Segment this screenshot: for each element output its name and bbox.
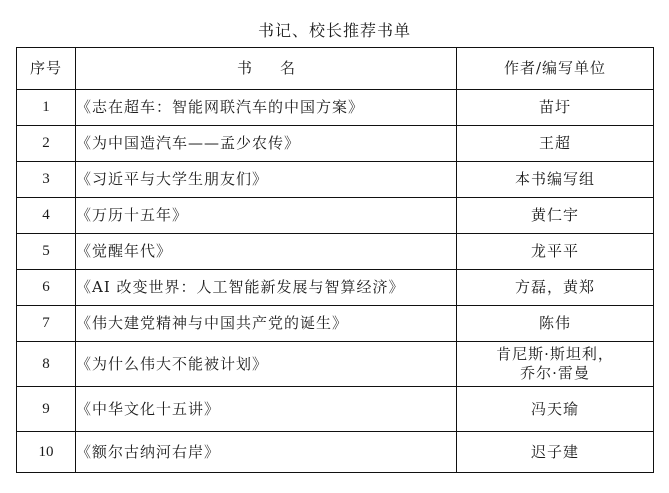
book-author: 黄仁宇: [457, 198, 654, 234]
table-header-row: 序号 书名 作者/编写单位: [17, 48, 654, 90]
book-author: 肯尼斯·斯坦利， 乔尔·雷曼: [457, 342, 654, 387]
row-number: 3: [17, 162, 76, 198]
book-author: 本书编写组: [457, 162, 654, 198]
book-author: 陈伟: [457, 306, 654, 342]
book-title: 《为什么伟大不能被计划》: [76, 342, 457, 387]
recommended-books-table: 序号 书名 作者/编写单位 1 《志在超车：智能网联汽车的中国方案》 苗圩 2 …: [16, 47, 654, 473]
table-row: 8 《为什么伟大不能被计划》 肯尼斯·斯坦利， 乔尔·雷曼: [17, 342, 654, 387]
book-title: 《习近平与大学生朋友们》: [76, 162, 457, 198]
book-author: 迟子建: [457, 432, 654, 473]
book-title: 《AI 改变世界：人工智能新发展与智算经济》: [76, 270, 457, 306]
row-number: 6: [17, 270, 76, 306]
book-author: 苗圩: [457, 90, 654, 126]
header-number: 序号: [17, 48, 76, 90]
book-title: 《觉醒年代》: [76, 234, 457, 270]
table-row: 7 《伟大建党精神与中国共产党的诞生》 陈伟: [17, 306, 654, 342]
table-row: 5 《觉醒年代》 龙平平: [17, 234, 654, 270]
book-author-line-1: 肯尼斯·斯坦利，: [457, 345, 653, 364]
header-title-part1: 书: [237, 59, 252, 77]
table-row: 1 《志在超车：智能网联汽车的中国方案》 苗圩: [17, 90, 654, 126]
row-number: 10: [17, 432, 76, 473]
book-title: 《为中国造汽车——孟少农传》: [76, 126, 457, 162]
table-row: 10 《额尔古纳河右岸》 迟子建: [17, 432, 654, 473]
book-title: 《志在超车：智能网联汽车的中国方案》: [76, 90, 457, 126]
table-row: 6 《AI 改变世界：人工智能新发展与智算经济》 方磊，黄郑: [17, 270, 654, 306]
table-row: 2 《为中国造汽车——孟少农传》 王超: [17, 126, 654, 162]
header-title-part2: 名: [280, 59, 295, 77]
document-title: 书记、校长推荐书单: [0, 20, 669, 42]
book-author: 王超: [457, 126, 654, 162]
row-number: 5: [17, 234, 76, 270]
book-title: 《万历十五年》: [76, 198, 457, 234]
table-row: 3 《习近平与大学生朋友们》 本书编写组: [17, 162, 654, 198]
book-author: 冯天瑜: [457, 387, 654, 432]
book-author: 方磊，黄郑: [457, 270, 654, 306]
row-number: 8: [17, 342, 76, 387]
table-row: 9 《中华文化十五讲》 冯天瑜: [17, 387, 654, 432]
header-author: 作者/编写单位: [457, 48, 654, 90]
row-number: 4: [17, 198, 76, 234]
row-number: 7: [17, 306, 76, 342]
header-title: 书名: [76, 48, 457, 90]
row-number: 2: [17, 126, 76, 162]
table-row: 4 《万历十五年》 黄仁宇: [17, 198, 654, 234]
book-title: 《额尔古纳河右岸》: [76, 432, 457, 473]
book-title: 《中华文化十五讲》: [76, 387, 457, 432]
book-author: 龙平平: [457, 234, 654, 270]
row-number: 1: [17, 90, 76, 126]
book-author-line-2: 乔尔·雷曼: [457, 364, 653, 383]
row-number: 9: [17, 387, 76, 432]
book-title: 《伟大建党精神与中国共产党的诞生》: [76, 306, 457, 342]
